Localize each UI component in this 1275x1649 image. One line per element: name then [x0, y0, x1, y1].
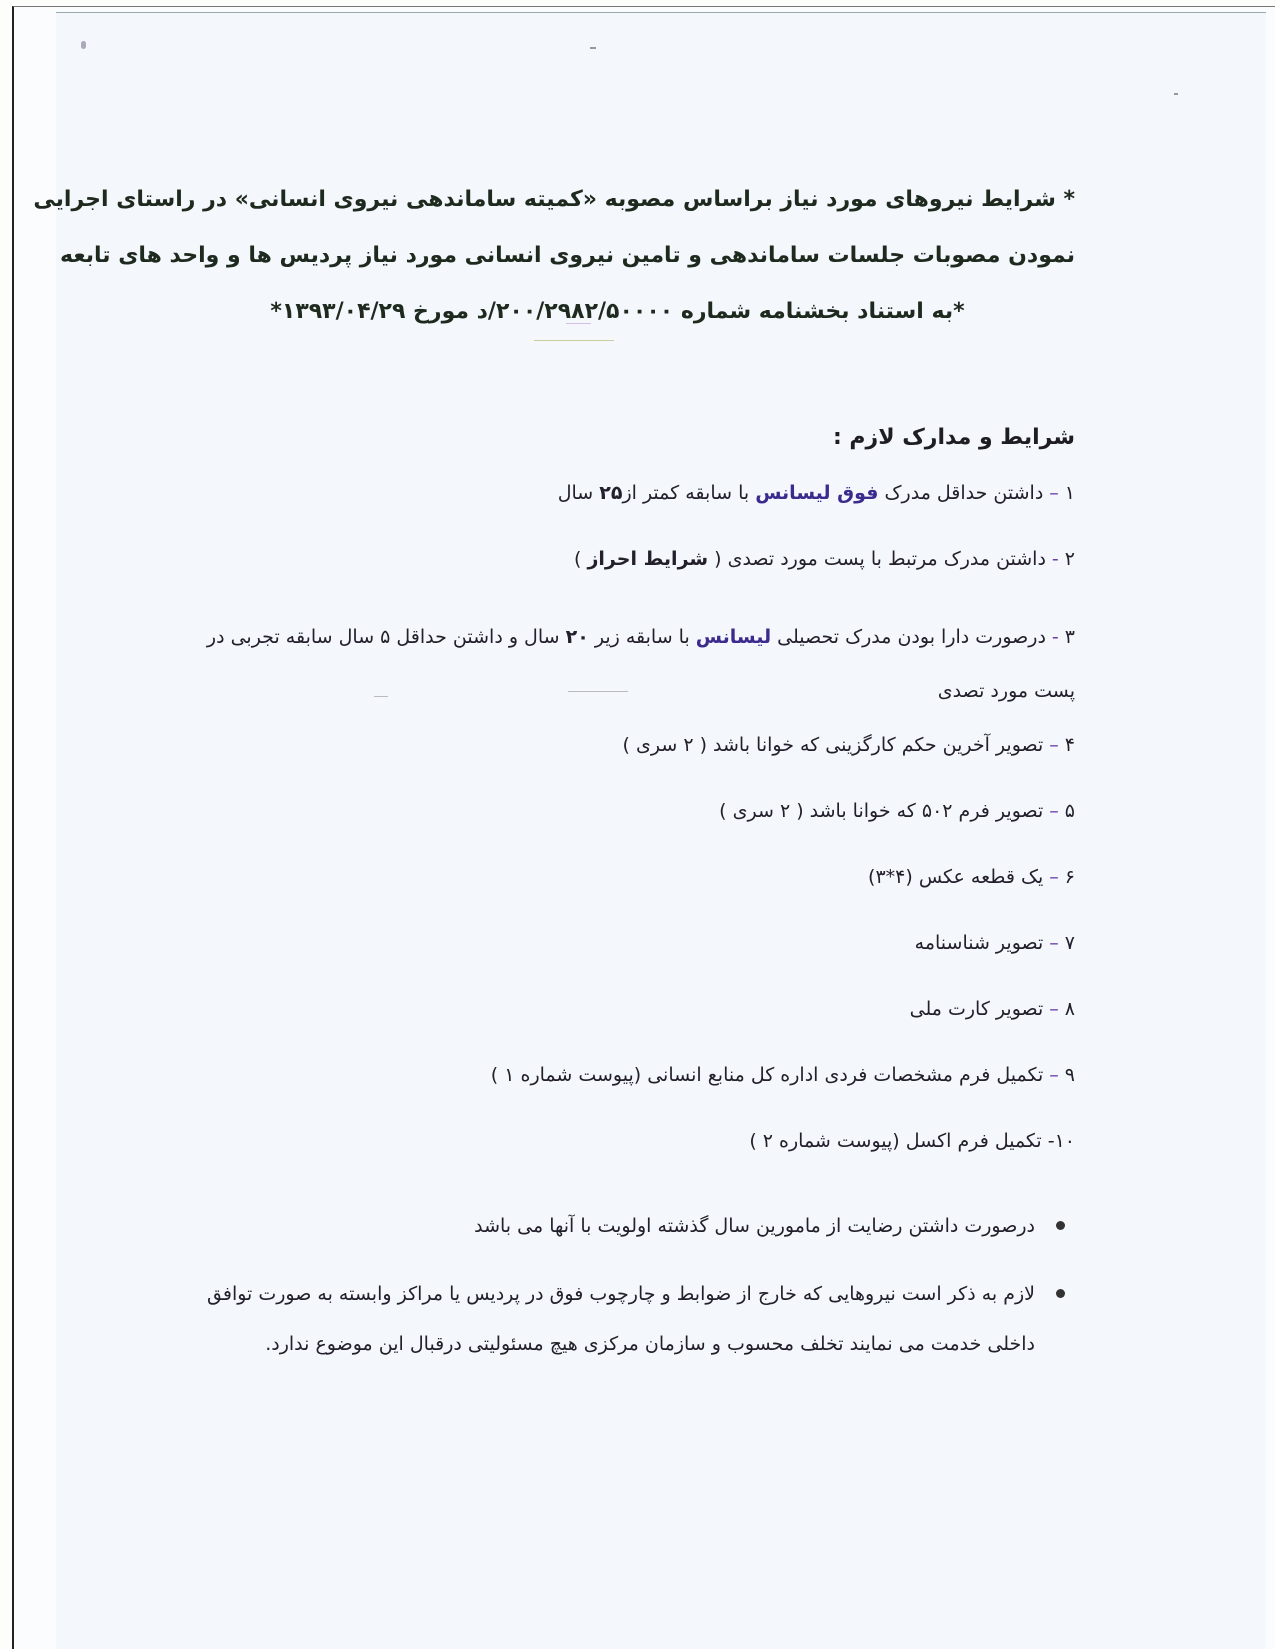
notes-list: درصورت داشتن رضایت از مامورین سال گذشته … [160, 1205, 1075, 1369]
item-text: تکمیل فرم مشخصات فردی اداره کل منابع انس… [491, 1064, 1044, 1086]
item-dash: – [1049, 482, 1059, 504]
item-dash: – [1049, 800, 1059, 822]
item-text: داشتن مدرک مرتبط با پست مورد تصدی ( [708, 548, 1046, 570]
item-text: تصویر شناسنامه [915, 932, 1044, 954]
item-number: ۹ [1065, 1064, 1075, 1086]
list-item: ۵–تصویر فرم ۵۰۲ که خوانا باشد ( ۲ سری ) [160, 796, 1075, 862]
list-item: ۱–داشتن حداقل مدرک فوق لیسانس با سابقه ک… [160, 478, 1075, 544]
item-highlight: لیسانس [696, 626, 771, 648]
item-dash: - [1048, 1130, 1055, 1152]
item-dash: – [1049, 1064, 1059, 1086]
scan-speck [590, 47, 596, 49]
scan-dash-line [534, 340, 614, 341]
item-text: درصورت دارا بودن مدرک تحصیلی [771, 626, 1046, 648]
item-text: تصویر آخرین حکم کارگزینی که خوانا باشد (… [623, 734, 1044, 756]
item-number: ۸ [1065, 998, 1075, 1020]
title-line-2: نمودن مصوبات جلسات ساماندهی و تامین نیرو… [160, 228, 1075, 284]
item-number: ۶ [1065, 866, 1075, 888]
scan-speck [81, 41, 86, 49]
bullet-icon [1056, 1289, 1065, 1298]
item-dash: - [1052, 626, 1059, 648]
list-item: ۷–تصویر شناسنامه [160, 928, 1075, 994]
item-text: تصویر کارت ملی [910, 998, 1044, 1020]
item-text: تصویر فرم ۵۰۲ که خوانا باشد ( ۲ سری ) [719, 800, 1043, 822]
item-number: ۵ [1065, 800, 1075, 822]
document-title: * شرایط نیروهای مورد نیاز براساس مصوبه «… [160, 172, 1075, 340]
item-number: ۱۰ [1055, 1130, 1075, 1152]
scan-speck [1174, 93, 1178, 95]
list-item: ۳-درصورت دارا بودن مدرک تحصیلی لیسانس با… [160, 610, 1075, 730]
list-item: ۱۰-تکمیل فرم اکسل (پیوست شماره ۲ ) [160, 1126, 1075, 1192]
bullet-icon [1056, 1221, 1065, 1230]
item-dash: – [1049, 734, 1059, 756]
item-text: ) [574, 548, 587, 570]
list-item: ۴–تصویر آخرین حکم کارگزینی که خوانا باشد… [160, 730, 1075, 796]
item-text: با سابقه زیر [589, 626, 696, 648]
item-dash: - [1052, 548, 1059, 570]
item-text: تکمیل فرم اکسل (پیوست شماره ۲ ) [749, 1130, 1041, 1152]
note-item: لازم به ذکر است نیروهایی که خارج از ضواب… [160, 1269, 1075, 1369]
item-highlight: شرایط احراز [587, 548, 708, 570]
list-item: ۶–یک قطعه عکس (۴*۳) [160, 862, 1075, 928]
item-number: ۲ [1065, 548, 1075, 570]
note-item: درصورت داشتن رضایت از مامورین سال گذشته … [160, 1205, 1075, 1247]
item-number-bold: ۲۵ [599, 482, 622, 504]
note-text: درصورت داشتن رضایت از مامورین سال گذشته … [474, 1215, 1035, 1237]
title-line-1: * شرایط نیروهای مورد نیاز براساس مصوبه «… [160, 172, 1075, 228]
item-number: ۴ [1065, 734, 1075, 756]
item-number-bold: ۲۰ [566, 626, 589, 648]
list-item: ۲-داشتن مدرک مرتبط با پست مورد تصدی ( شر… [160, 544, 1075, 610]
item-number: ۱ [1065, 482, 1075, 504]
item-text: داشتن حداقل مدرک [879, 482, 1044, 504]
requirements-list: ۱–داشتن حداقل مدرک فوق لیسانس با سابقه ک… [160, 478, 1075, 1192]
item-highlight: فوق لیسانس [755, 482, 878, 504]
list-item: ۹–تکمیل فرم مشخصات فردی اداره کل منابع ا… [160, 1060, 1075, 1126]
list-item: ۸–تصویر کارت ملی [160, 994, 1075, 1060]
item-text: یک قطعه عکس (۴*۳) [868, 866, 1043, 888]
section-heading: شرایط و مدارک لازم : [160, 425, 1075, 450]
item-number: ۳ [1065, 626, 1075, 648]
item-dash: – [1049, 998, 1059, 1020]
item-dash: – [1049, 866, 1059, 888]
item-text: با سابقه کمتر از [622, 482, 755, 504]
item-dash: – [1049, 932, 1059, 954]
note-text: لازم به ذکر است نیروهایی که خارج از ضواب… [207, 1283, 1035, 1355]
title-line-3: *به استناد بخشنامه شماره ۲۰۰/۲۹۸۲/۵۰۰۰۰/… [160, 284, 1075, 340]
item-number: ۷ [1065, 932, 1075, 954]
item-text: سال [558, 482, 600, 504]
